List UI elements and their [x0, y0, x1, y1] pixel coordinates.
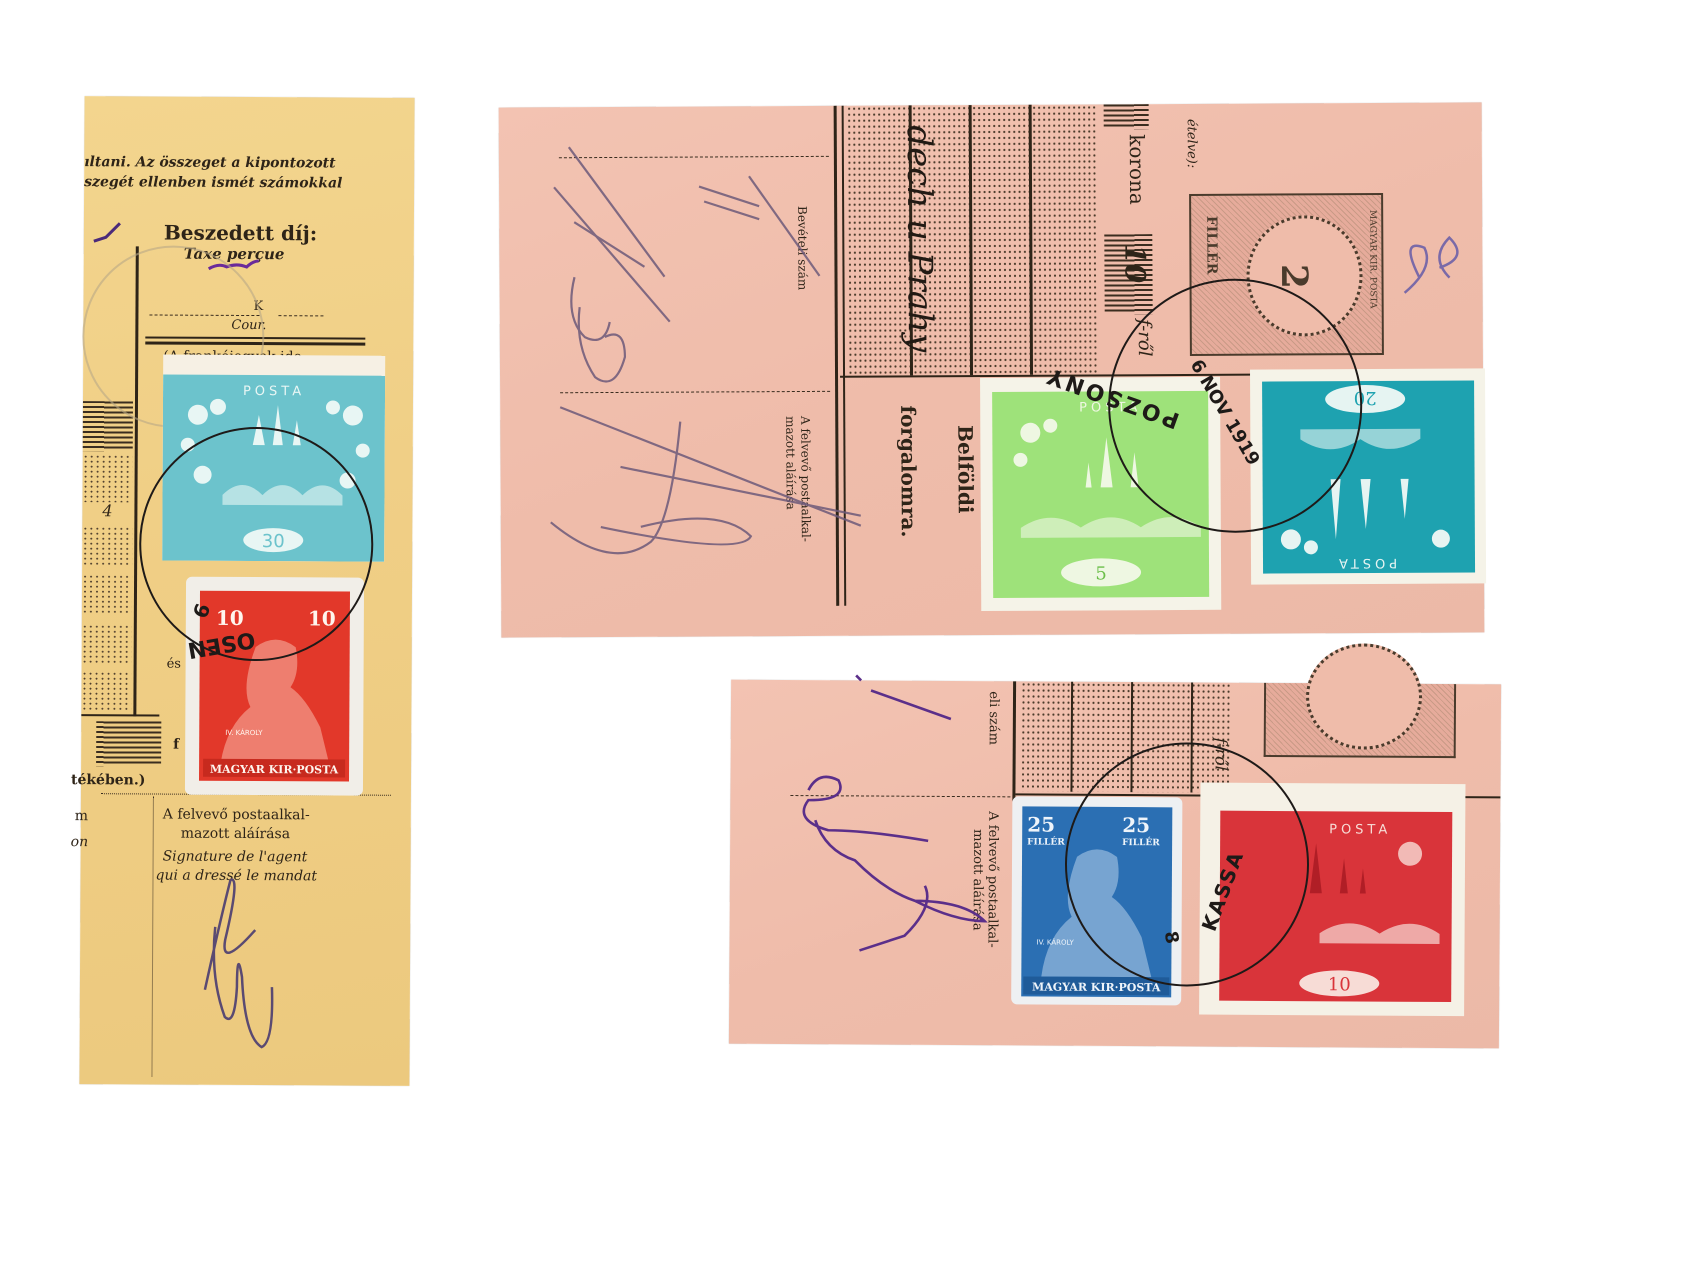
- postmark-text: KASSA 8: [729, 680, 1501, 1049]
- svg-text:8: 8: [1160, 930, 1183, 946]
- svg-text:6 NOV 1919: 6 NOV 1919: [1186, 356, 1264, 469]
- bottom-right-money-order-form: eli szám A felvevő postaalkal- mazott al…: [729, 680, 1501, 1049]
- postmark-text: OSEN 9: [79, 96, 414, 1086]
- svg-text:KASSA: KASSA: [1197, 847, 1249, 934]
- svg-text:OSEN: OSEN: [186, 626, 257, 662]
- postmark-text: POZSONY 6 NOV 1919: [499, 102, 1485, 637]
- left-money-order-form: ıltani. Az összeget a kipontozott szegét…: [79, 96, 414, 1086]
- svg-text:9: 9: [187, 600, 214, 621]
- top-right-money-order-form: Bevételi szám A felvevő postaalkal- mazo…: [499, 102, 1485, 637]
- svg-text:POZSONY: POZSONY: [1042, 362, 1183, 433]
